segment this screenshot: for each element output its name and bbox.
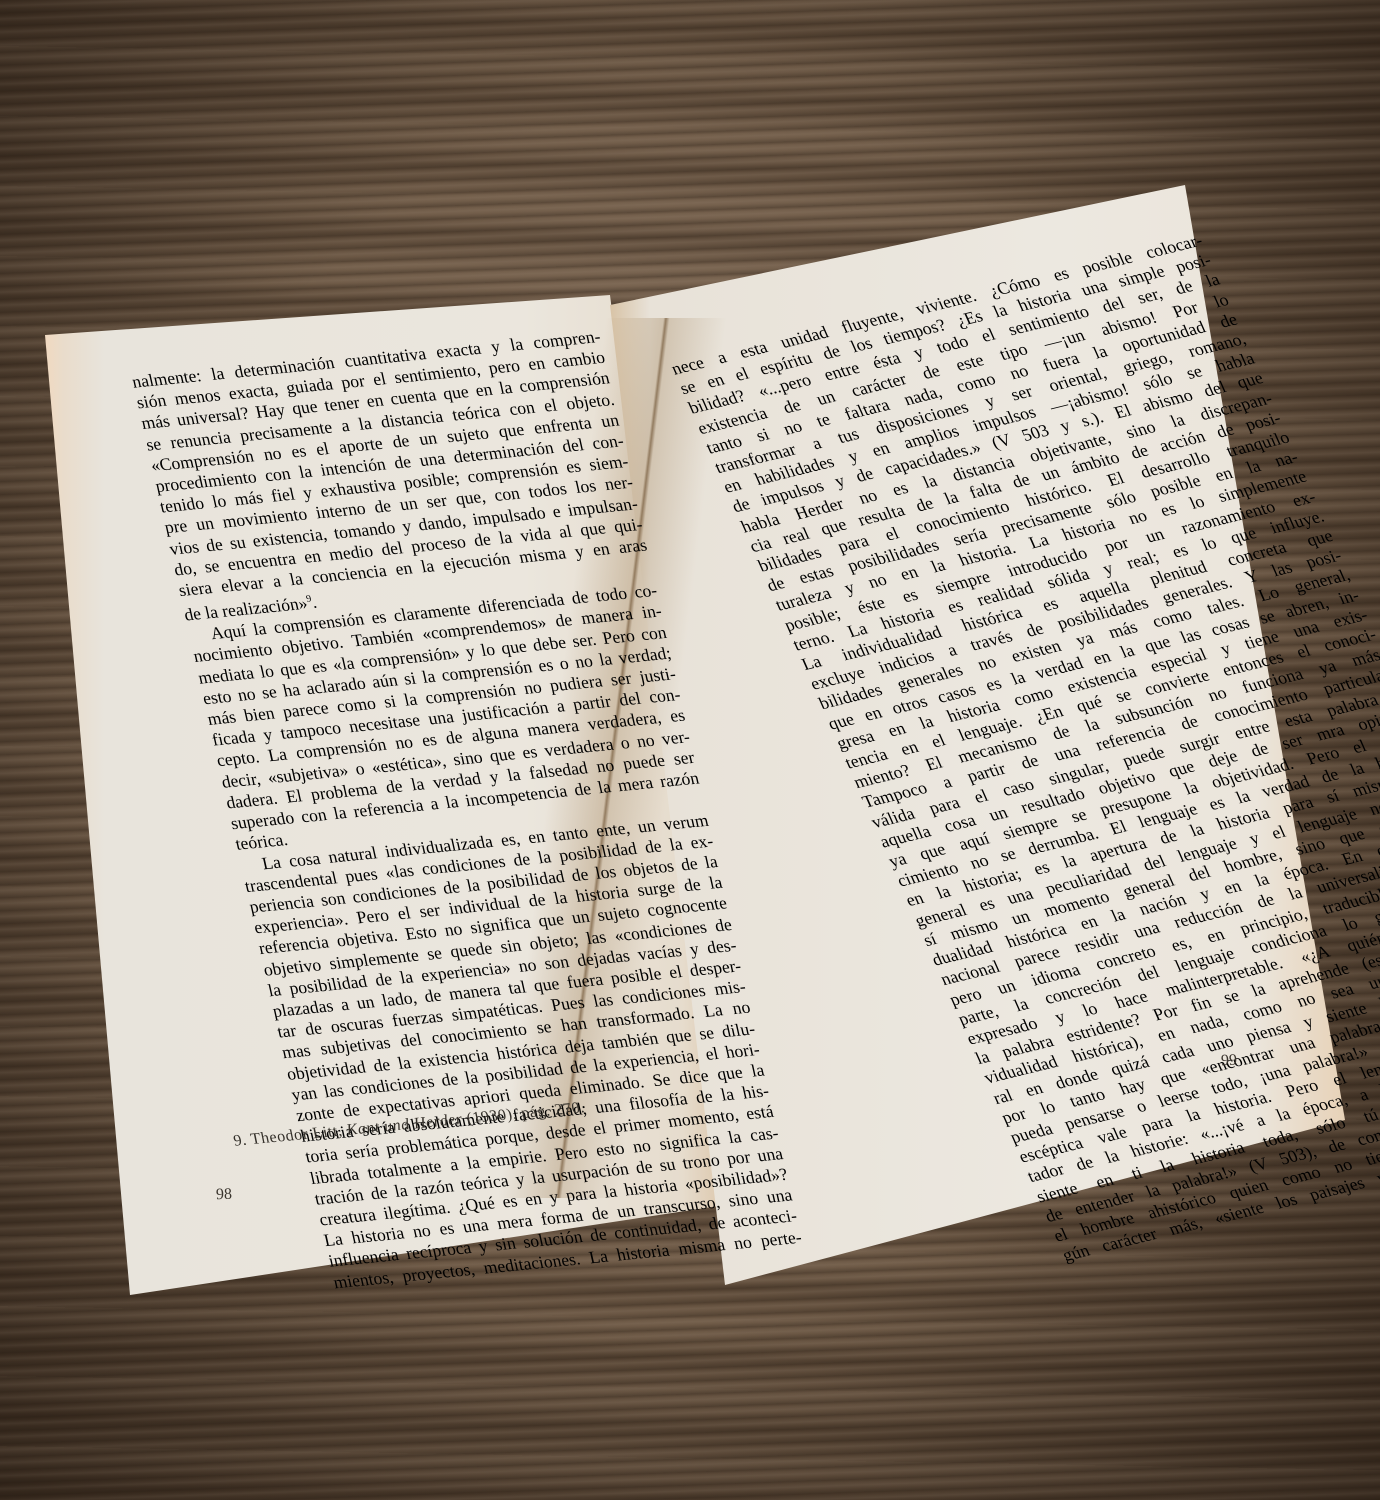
footnote-number: 9. <box>232 1132 248 1150</box>
page-number-right: 99 <box>1221 1052 1238 1071</box>
page-number-left: 98 <box>216 1186 233 1205</box>
footnote-marker: 9 <box>305 594 312 605</box>
